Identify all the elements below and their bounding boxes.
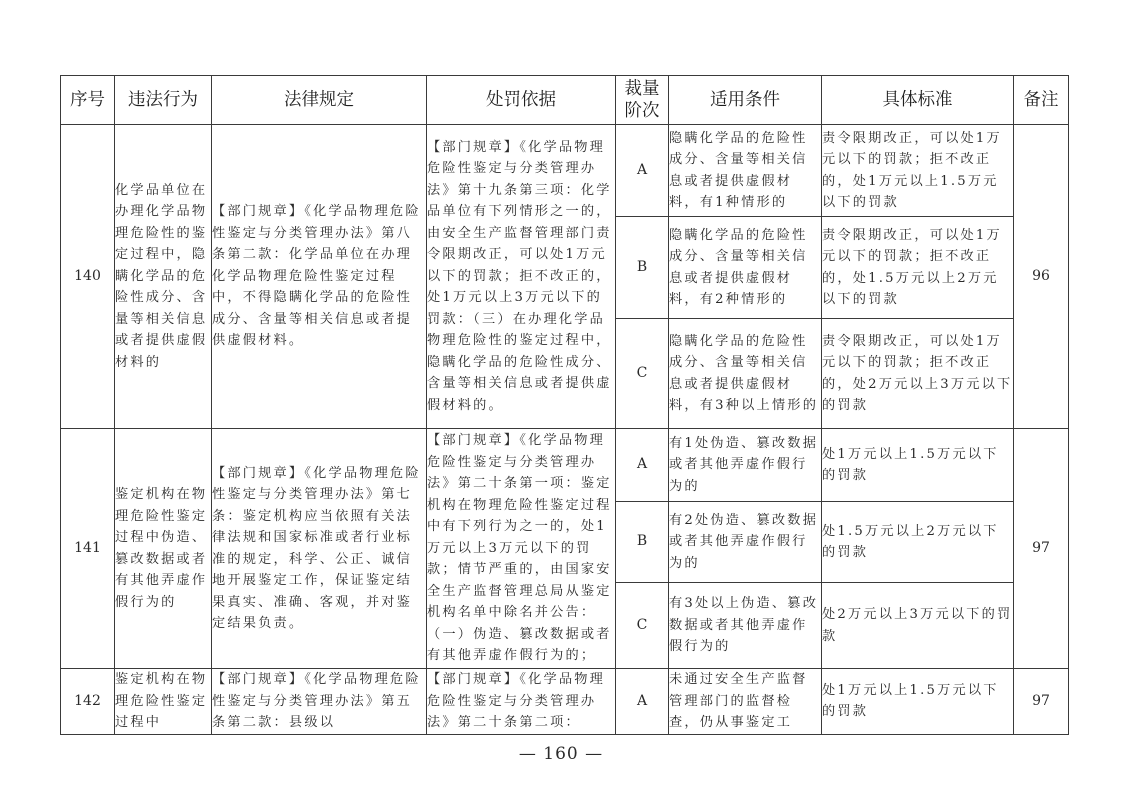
basis-cell: 【部门规章】《化学品物理危险性鉴定与分类管理办法》第十九条第三项：化学品单位有下…: [427, 125, 616, 429]
violation-cell: 鉴定机构在物理危险性鉴定过程中伪造、篡改数据或者有其他弄虚作假行为的: [115, 429, 212, 669]
note-cell: 97: [1014, 429, 1069, 669]
standard-cell: 处1万元以上1.5万元以下的罚款: [822, 429, 1014, 502]
header-level: 裁量 阶次: [616, 76, 669, 125]
header-note: 备注: [1014, 76, 1069, 125]
standard-cell: 处1万元以上1.5万元以下的罚款: [822, 669, 1014, 735]
row-number: 140: [61, 125, 115, 429]
violation-cell: 化学品单位在办理化学品物理危险性的鉴定过程中，隐瞒化学品的危险性成分、含量等相关…: [115, 125, 212, 429]
header-no: 序号: [61, 76, 115, 125]
header-row: 序号 违法行为 法律规定 处罚依据 裁量 阶次 适用条件 具体标准 备注: [61, 76, 1069, 125]
condition-cell: 有3处以上伪造、篡改数据或者其他弄虚作假行为的: [669, 583, 822, 669]
header-standard: 具体标准: [822, 76, 1014, 125]
table-row: 142 鉴定机构在物理危险性鉴定过程中 【部门规章】《化学品物理危险性鉴定与分类…: [61, 669, 1069, 735]
level-cell: A: [616, 429, 669, 502]
note-cell: 96: [1014, 125, 1069, 429]
law-cell: 【部门规章】《化学品物理危险性鉴定与分类管理办法》第五条第二款：县级以: [212, 669, 427, 735]
level-cell: B: [616, 217, 669, 319]
table-row: 140 化学品单位在办理化学品物理危险性的鉴定过程中，隐瞒化学品的危险性成分、含…: [61, 125, 1069, 217]
standard-cell: 处2万元以上3万元以下的罚款: [822, 583, 1014, 669]
basis-cell: 【部门规章】《化学品物理危险性鉴定与分类管理办法》第二十条第一项：鉴定机构在物理…: [427, 429, 616, 669]
level-cell: A: [616, 669, 669, 735]
level-cell: C: [616, 319, 669, 429]
basis-cell: 【部门规章】《化学品物理危险性鉴定与分类管理办法》第二十条第二项：: [427, 669, 616, 735]
condition-cell: 有2处伪造、篡改数据或者其他弄虚作假行为的: [669, 502, 822, 583]
condition-cell: 隐瞒化学品的危险性成分、含量等相关信息或者提供虚假材料，有3种以上情形的: [669, 319, 822, 429]
condition-cell: 隐瞒化学品的危险性成分、含量等相关信息或者提供虚假材料，有2种情形的: [669, 217, 822, 319]
header-basis: 处罚依据: [427, 76, 616, 125]
header-law: 法律规定: [212, 76, 427, 125]
law-cell: 【部门规章】《化学品物理危险性鉴定与分类管理办法》第八条第二款：化学品单位在办理…: [212, 125, 427, 429]
standard-cell: 责令限期改正，可以处1万元以下的罚款；拒不改正的，处1万元以上1.5万元以下的罚…: [822, 125, 1014, 217]
level-cell: C: [616, 583, 669, 669]
standard-cell: 处1.5万元以上2万元以下的罚款: [822, 502, 1014, 583]
header-violation: 违法行为: [115, 76, 212, 125]
condition-cell: 未通过安全生产监督管理部门的监督检查，仍从事鉴定工: [669, 669, 822, 735]
table-row: 141 鉴定机构在物理危险性鉴定过程中伪造、篡改数据或者有其他弄虚作假行为的 【…: [61, 429, 1069, 502]
level-cell: A: [616, 125, 669, 217]
violation-cell: 鉴定机构在物理危险性鉴定过程中: [115, 669, 212, 735]
note-cell: 97: [1014, 669, 1069, 735]
law-cell: 【部门规章】《化学品物理危险性鉴定与分类管理办法》第七条：鉴定机构应当依照有关法…: [212, 429, 427, 669]
header-condition: 适用条件: [669, 76, 822, 125]
row-number: 141: [61, 429, 115, 669]
level-cell: B: [616, 502, 669, 583]
row-number: 142: [61, 669, 115, 735]
discretion-standard-table: 序号 违法行为 法律规定 处罚依据 裁量 阶次 适用条件 具体标准 备注 140…: [60, 75, 1069, 735]
condition-cell: 有1处伪造、篡改数据或者其他弄虚作假行为的: [669, 429, 822, 502]
page-number: — 160 —: [0, 744, 1122, 764]
standard-cell: 责令限期改正，可以处1万元以下的罚款；拒不改正的，处2万元以上3万元以下的罚款: [822, 319, 1014, 429]
standard-cell: 责令限期改正，可以处1万元以下的罚款；拒不改正的，处1.5万元以上2万元以下的罚…: [822, 217, 1014, 319]
condition-cell: 隐瞒化学品的危险性成分、含量等相关信息或者提供虚假材料，有1种情形的: [669, 125, 822, 217]
